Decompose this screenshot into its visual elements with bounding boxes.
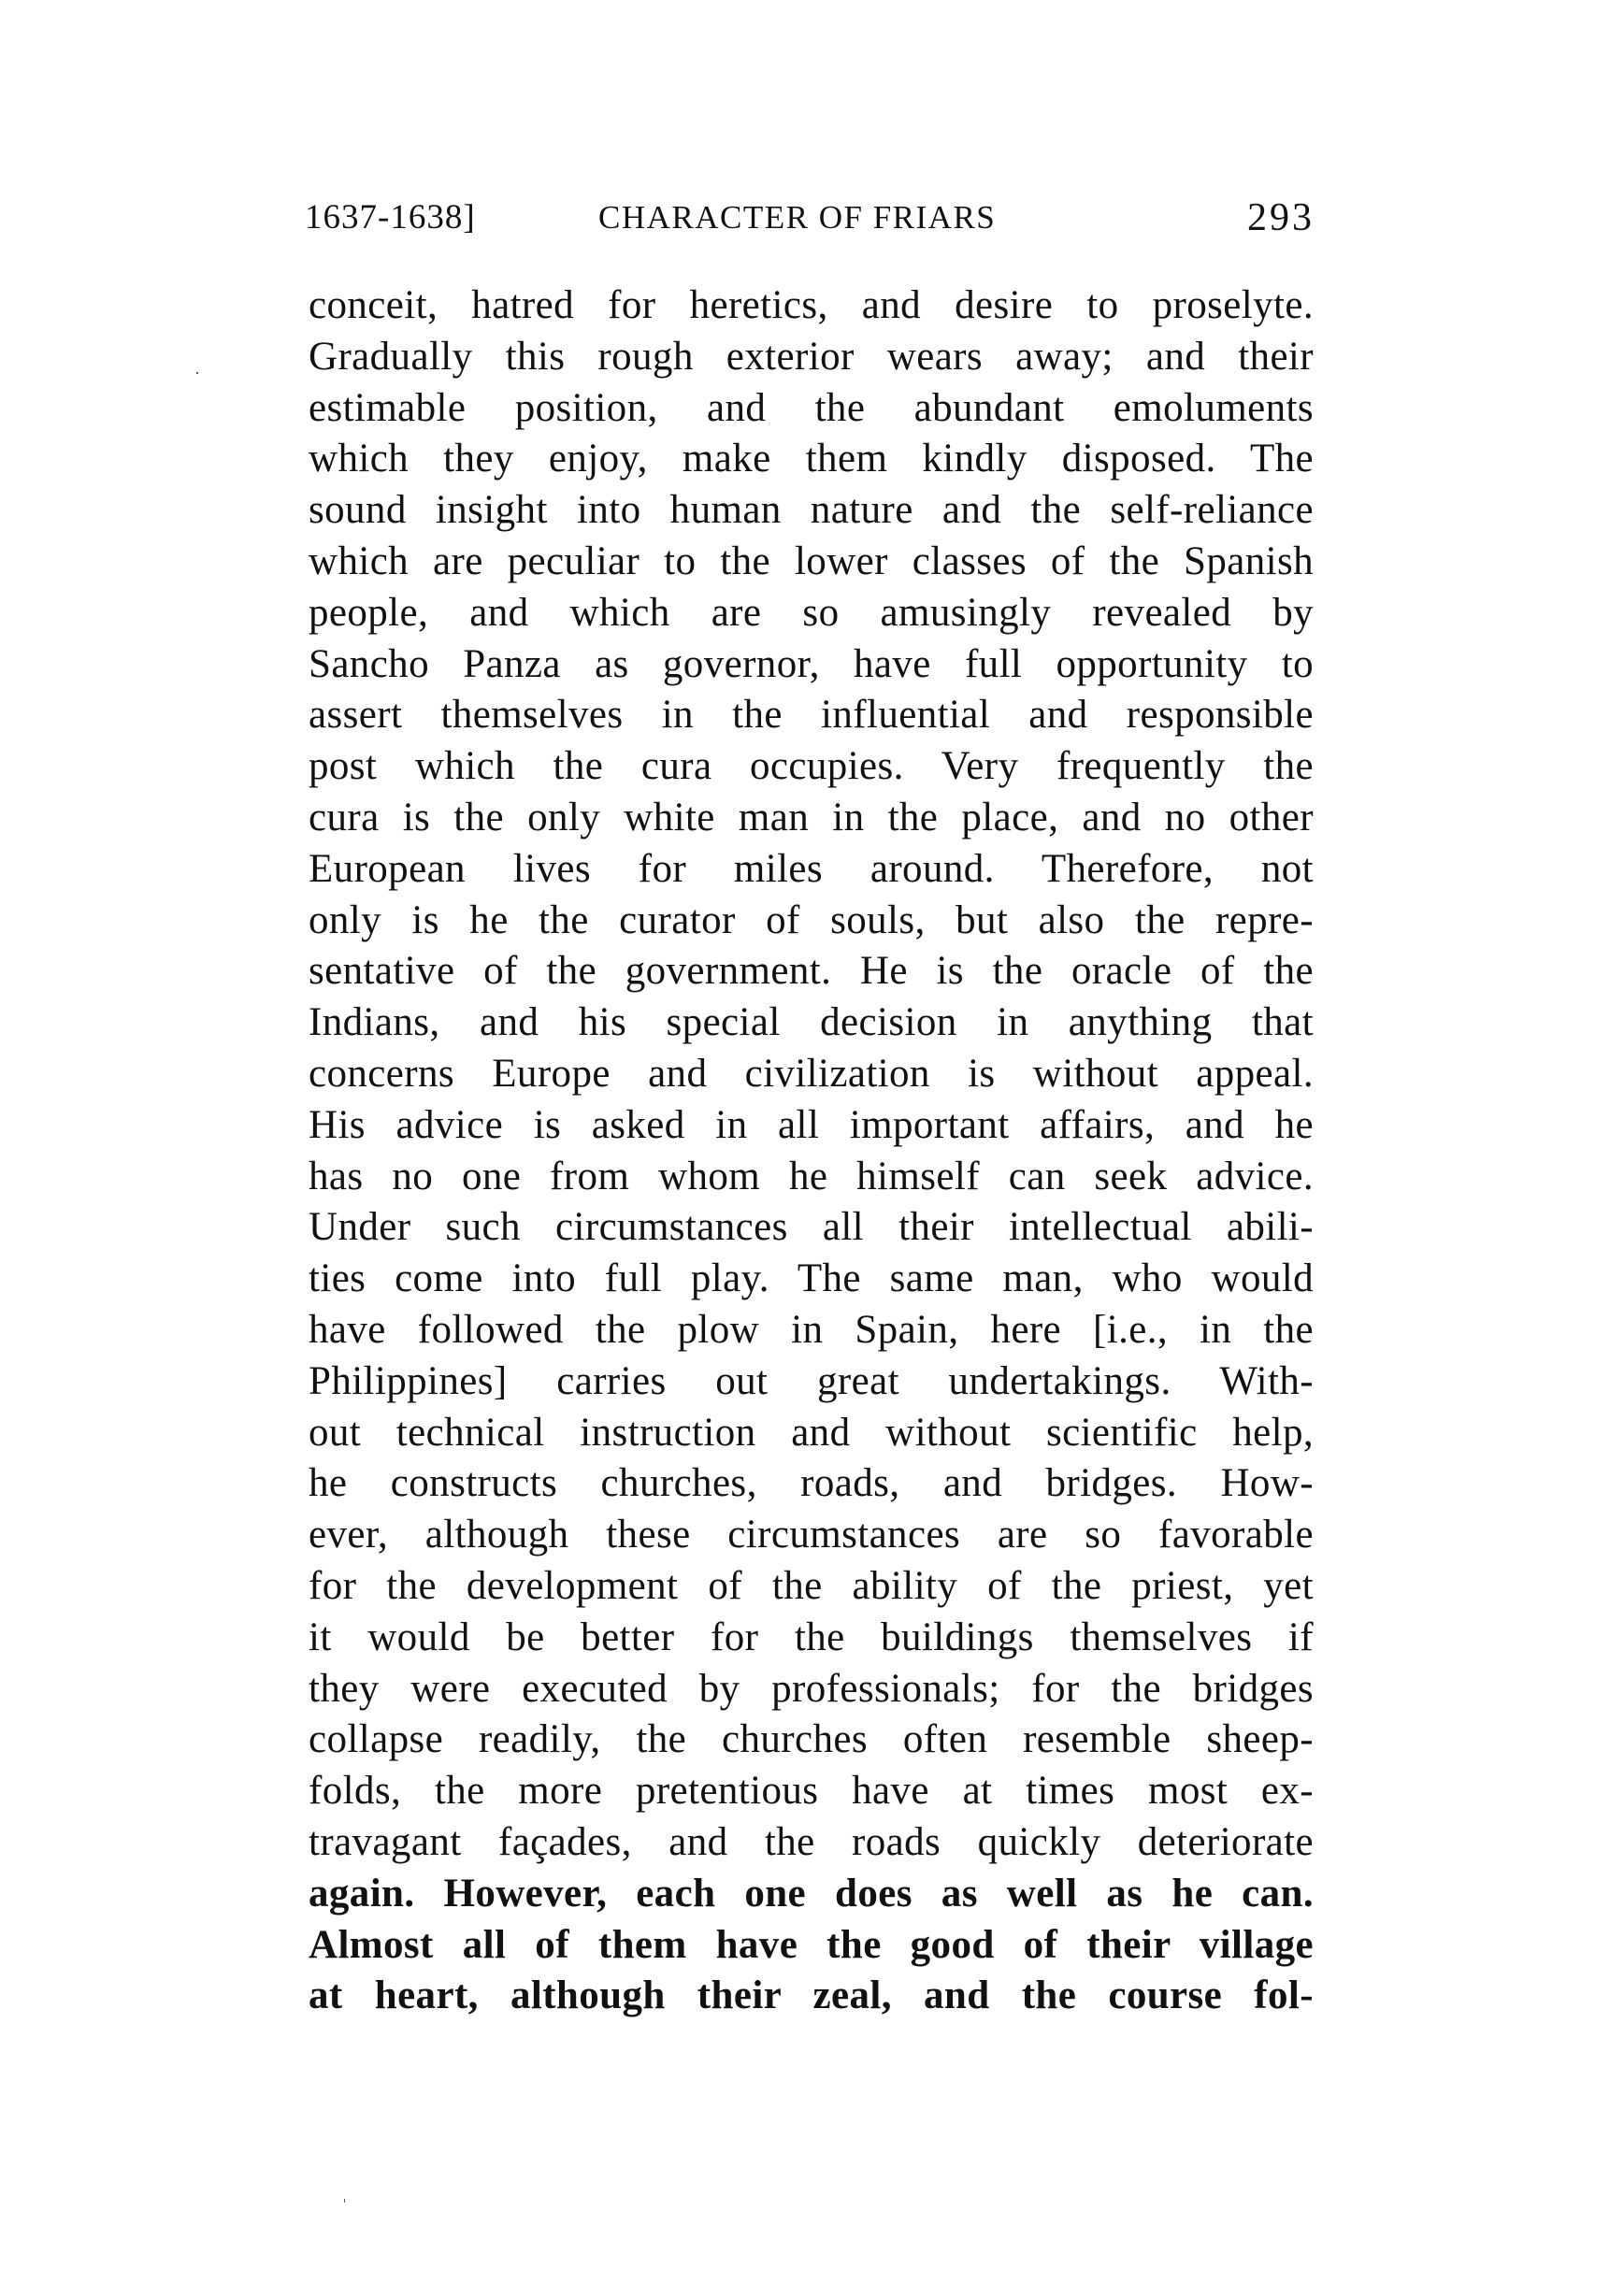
text-line: sound insight into human nature and the … (309, 485, 1314, 537)
text-line: which are peculiar to the lower classes … (309, 537, 1314, 588)
scan-speck (344, 2199, 345, 2203)
text-line: only is he the curator of souls, but als… (309, 896, 1314, 947)
text-line: conceit, hatred for heretics, and desire… (309, 280, 1314, 332)
scan-speck (196, 372, 198, 374)
text-line: Sancho Panza as governor, have full oppo… (309, 639, 1314, 691)
text-line: assert themselves in the influential and… (309, 690, 1314, 741)
text-line: Under such circumstances all their intel… (309, 1202, 1314, 1254)
text-line: he constructs churches, roads, and bridg… (309, 1458, 1314, 1510)
text-line: for the development of the ability of th… (309, 1561, 1314, 1613)
text-line: ties come into full play. The same man, … (309, 1254, 1314, 1305)
book-page: 1637-1638] CHARACTER OF FRIARS 293 conce… (0, 0, 1624, 2296)
text-line: Gradually this rough exterior wears away… (309, 332, 1314, 383)
text-line: concerns Europe and civilization is with… (309, 1049, 1314, 1100)
text-line: which they enjoy, make them kindly dispo… (309, 434, 1314, 485)
text-line: post which the cura occupies. Very frequ… (309, 741, 1314, 793)
text-line: Philippines] carries out great undertaki… (309, 1356, 1314, 1408)
running-head-title: CHARACTER OF FRIARS (598, 194, 996, 241)
text-line: Almost all of them have the good of thei… (309, 1920, 1314, 1972)
text-line: they were executed by professionals; for… (309, 1664, 1314, 1715)
text-line: ever, although these circumstances are s… (309, 1510, 1314, 1561)
text-line: out technical instruction and without sc… (309, 1408, 1314, 1459)
text-line: His advice is asked in all important aff… (309, 1100, 1314, 1152)
running-head-dates: 1637-1638] (305, 194, 476, 241)
text-line: people, and which are so amusingly revea… (309, 588, 1314, 639)
running-head: 1637-1638] CHARACTER OF FRIARS 293 (305, 194, 1315, 241)
text-line: again. However, each one does as well as… (309, 1869, 1314, 1920)
text-line: travagant façades, and the roads quickly… (309, 1817, 1314, 1869)
text-line: at heart, although their zeal, and the c… (309, 1971, 1314, 2022)
text-line: it would be better for the buildings the… (309, 1613, 1314, 1664)
body-text: conceit, hatred for heretics, and desire… (309, 280, 1314, 2022)
text-line: estimable position, and the abundant emo… (309, 383, 1314, 435)
text-line: have followed the plow in Spain, here [i… (309, 1305, 1314, 1356)
text-line: sentative of the government. He is the o… (309, 946, 1314, 997)
text-line: European lives for miles around. Therefo… (309, 844, 1314, 896)
text-line: collapse readily, the churches often res… (309, 1715, 1314, 1766)
text-line: has no one from whom he himself can seek… (309, 1152, 1314, 1203)
text-line: cura is the only white man in the place,… (309, 793, 1314, 844)
text-line: Indians, and his special decision in any… (309, 997, 1314, 1049)
text-line: folds, the more pretentious have at time… (309, 1766, 1314, 1817)
page-number: 293 (1247, 194, 1315, 241)
